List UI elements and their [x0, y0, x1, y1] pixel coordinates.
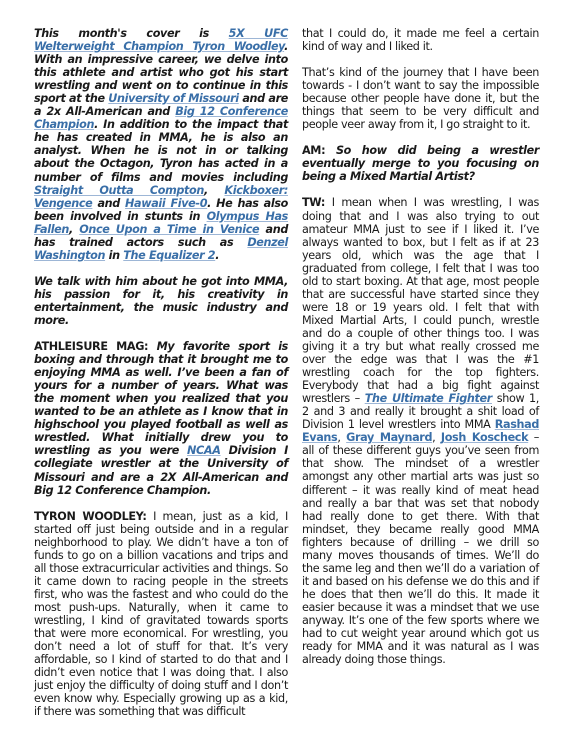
speaker-label: ATHLEISURE MAG:: [34, 340, 148, 353]
link-ncaa[interactable]: NCAA: [187, 444, 221, 457]
question-1: ATHLEISURE MAG: My favorite sport is box…: [34, 340, 288, 497]
answer-1-continued: that I could do, it made me feel a certa…: [302, 27, 539, 53]
speaker-label: TW:: [302, 196, 325, 209]
link-josh-koscheck[interactable]: Josh Koscheck: [441, 431, 528, 444]
answer-1: TYRON WOODLEY: I mean, just as a kid, I …: [34, 510, 288, 719]
link-straight-outta-compton[interactable]: Straight Outta Compton: [34, 184, 204, 197]
link-gray-maynard[interactable]: Gray Maynard: [346, 431, 432, 444]
left-column: This month's cover is 5X UFC Welterweigh…: [34, 27, 288, 718]
link-the-equalizer-2[interactable]: The Equalizer 2: [123, 249, 215, 262]
link-university-of-missouri[interactable]: University of Missouri: [108, 92, 238, 105]
speaker-label: TYRON WOODLEY:: [34, 510, 147, 523]
right-column: that I could do, it made me feel a certa…: [302, 27, 539, 679]
link-once-upon-a-time-in-venice[interactable]: Once Upon a Time in Venice: [79, 223, 259, 236]
question-2: AM: So how did being a wrestler eventual…: [302, 144, 539, 183]
link-hawaii-five-0[interactable]: Hawaii Five-0: [125, 197, 207, 210]
answer-1-paragraph-2: That’s kind of the journey that I have b…: [302, 66, 539, 131]
answer-2: TW: I mean when I was wrestling, I was d…: [302, 196, 539, 666]
link-the-ultimate-fighter[interactable]: The Ultimate Fighter: [365, 392, 492, 405]
intro-paragraph: This month's cover is 5X UFC Welterweigh…: [34, 27, 288, 262]
speaker-label: AM:: [302, 144, 325, 157]
intro-summary: We talk with him about he got into MMA, …: [34, 275, 288, 327]
